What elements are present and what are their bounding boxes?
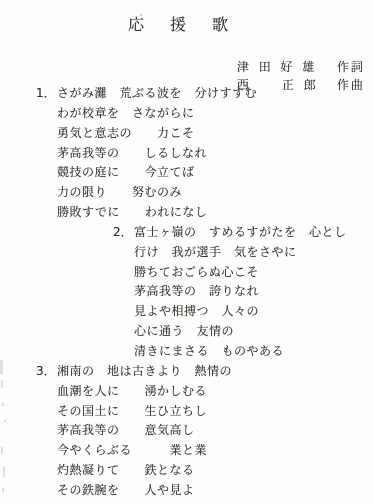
verse-line-text: 血潮を人に 湧かしむる	[57, 384, 207, 398]
verse-2-line-6: 心に通う 友情の	[113, 322, 374, 342]
verse-2-line-3: 勝ちておごらぬ心こそ	[113, 263, 374, 283]
verse-3-line-7: その鉄腕を 人や見よ	[36, 481, 374, 501]
verse-2-line-2: 行け 我が選手 気をさやに	[113, 243, 374, 263]
verse-line-text: 競技の庭に 今立てば	[57, 165, 195, 179]
verse-1-line-2: わが校章を さながらに	[36, 104, 374, 124]
verse-line-text: 力の限り 努むのみ	[57, 185, 182, 199]
verses-block: 1．さがみ灘 荒ぶる波を 分けすすむわが校章を さながらに勇気と意志の 力こそ茅…	[0, 84, 374, 501]
verse-line-text: 勝ちておごらぬ心こそ	[134, 265, 259, 279]
composer-role: 作曲	[337, 78, 365, 92]
verse-line-text: その国土に 生ひ立ちし	[57, 404, 207, 418]
scan-artifact	[1, 380, 3, 388]
lyricist-name: 津 田 好 雄	[237, 58, 337, 76]
verse-line-text: 見よや相搏つ 人々の	[134, 304, 259, 318]
verse-1-line-6: 力の限り 努むのみ	[36, 183, 374, 203]
verse-1-line-5: 競技の庭に 今立てば	[36, 163, 374, 183]
lyricist-role: 作詞	[337, 60, 365, 74]
verse-1-line-4: 茅高我等の しるしなれ	[36, 144, 374, 164]
verse-line-text: 富士ヶ嶺の すめるすがたを 心とし	[134, 225, 347, 239]
page-title: 応 援 歌	[128, 0, 374, 36]
scan-artifact	[0, 360, 3, 374]
verse-line-text: 茅高我等の 誇りなれ	[134, 284, 259, 298]
scan-artifact	[140, 14, 142, 16]
verse-number: 3．	[36, 362, 57, 382]
verse-number: 2．	[113, 223, 134, 243]
verse-line-text: さがみ灘 荒ぶる波を 分けすすむ	[57, 86, 257, 100]
verse-line-text: 茅高我等の 意気高し	[57, 423, 195, 437]
scan-artifact	[1, 447, 3, 454]
verse-2-line-7: 清きにまさる ものやある	[113, 342, 374, 362]
scan-artifact	[2, 403, 4, 406]
verse-line-text: 行け 我が選手 気をさやに	[134, 245, 297, 259]
credit-lyricist: 津 田 好 雄作詞	[214, 40, 374, 58]
verse-line-text: 湘南の 地は古きより 熱情の	[57, 364, 232, 378]
verse-3-line-2: 血潮を人に 湧かしむる	[36, 382, 374, 402]
verse-2-line-4: 茅高我等の 誇りなれ	[113, 282, 374, 302]
credits-block: 津 田 好 雄作詞 西 正 郎作曲	[0, 40, 374, 76]
verse-3-line-1: 3．湘南の 地は古きより 熱情の	[36, 362, 374, 382]
verse-2-line-5: 見よや相搏つ 人々の	[113, 302, 374, 322]
verse-3-line-3: その国土に 生ひ立ちし	[36, 402, 374, 422]
verse-line-text: 心に通う 友情の	[134, 324, 234, 338]
verse-2: 2．富士ヶ嶺の すめるすがたを 心とし行け 我が選手 気をさやに勝ちておごらぬ心…	[113, 223, 374, 362]
verse-1-line-3: 勇気と意志の 力こそ	[36, 124, 374, 144]
verse-line-text: 勝敗すでに われになし	[57, 205, 207, 219]
verse-line-text: その鉄腕を 人や見よ	[57, 483, 195, 497]
verse-1: 1．さがみ灘 荒ぶる波を 分けすすむわが校章を さながらに勇気と意志の 力こそ茅…	[36, 84, 374, 223]
verse-line-text: 今やくらぶる 業と業	[57, 443, 207, 457]
verse-3-line-4: 茅高我等の 意気高し	[36, 421, 374, 441]
verse-3-line-5: 今やくらぶる 業と業	[36, 441, 374, 461]
verse-1-line-7: 勝敗すでに われになし	[36, 203, 374, 223]
verse-number: 1．	[36, 84, 57, 104]
verse-line-text: 勇気と意志の 力こそ	[57, 126, 195, 140]
verse-line-text: わが校章を さながらに	[57, 106, 195, 120]
verse-3-line-6: 灼熱凝りて 鉄となる	[36, 461, 374, 481]
scan-artifact	[3, 466, 5, 477]
verse-3: 3．湘南の 地は古きより 熱情の血潮を人に 湧かしむるその国土に 生ひ立ちし茅高…	[36, 362, 374, 501]
verse-line-text: 清きにまさる ものやある	[134, 344, 284, 358]
scan-artifact	[4, 420, 6, 422]
verse-line-text: 茅高我等の しるしなれ	[57, 146, 207, 160]
scan-artifact	[2, 488, 4, 492]
document-page: 応 援 歌 津 田 好 雄作詞 西 正 郎作曲 1．さがみ灘 荒ぶる波を 分けす…	[0, 0, 374, 504]
verse-line-text: 灼熱凝りて 鉄となる	[57, 463, 195, 477]
verse-2-line-1: 2．富士ヶ嶺の すめるすがたを 心とし	[113, 223, 374, 243]
